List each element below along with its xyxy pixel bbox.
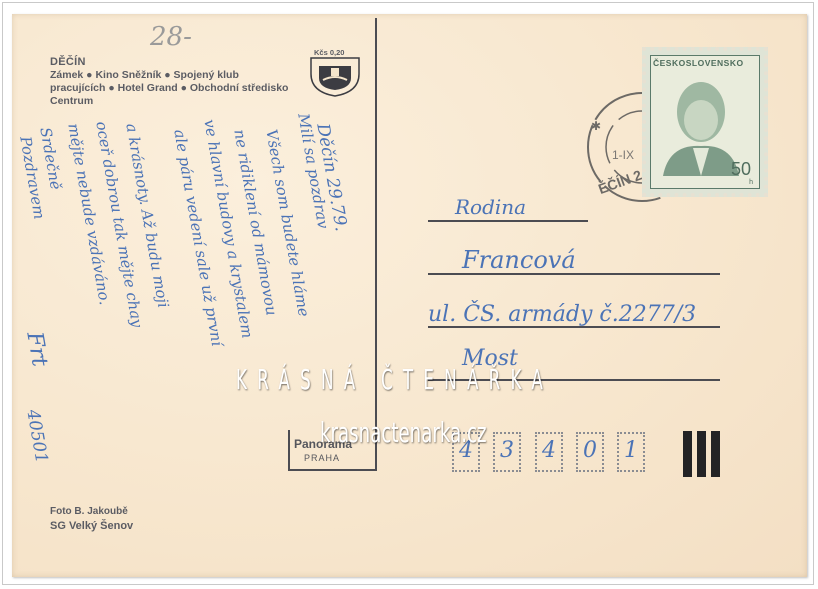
stamp-unit: h (749, 179, 753, 186)
photo-credit: Foto B. Jakoubě SG Velký Šenov (50, 505, 133, 533)
address-rule (428, 220, 588, 222)
fee-price: Kčs 0,20 (314, 48, 344, 57)
address-line: ul. ČS. armády č.2277/3 (428, 302, 696, 327)
stamp-value: 50 (731, 159, 751, 180)
postage-stamp: ČESKOSLOVENSKO 50 h (642, 47, 768, 197)
postal-code-digit: 0 (578, 438, 602, 463)
address-line: Rodina (455, 195, 526, 219)
caption-title: DĚČÍN (50, 56, 86, 68)
postal-code-box: 1 (617, 432, 645, 472)
postal-code-digit: 4 (537, 438, 561, 463)
publisher-box-left (288, 430, 290, 470)
svg-text:✱: ✱ (591, 119, 601, 133)
postmark-date: 1-IX (612, 148, 634, 162)
watermark-url: krasnactenarka.cz (320, 416, 487, 449)
publisher-box-bottom (288, 469, 377, 471)
postal-code-box: 0 (576, 432, 604, 472)
sorting-bar (683, 431, 692, 477)
postcard-divider (375, 18, 377, 470)
photo-credit-printer: SG Velký Šenov (50, 519, 133, 533)
stamp-frame: ČESKOSLOVENSKO 50 h (650, 55, 760, 189)
sorting-bars (683, 431, 723, 477)
photo-credit-author: Foto B. Jakoubě (50, 505, 133, 519)
address-line: Francová (462, 246, 576, 274)
publisher-city: PRAHA (304, 453, 340, 463)
postal-code-box: 4 (535, 432, 563, 472)
watermark-title: KRÁSNÁ ČTENÁŘKA (236, 363, 553, 396)
postal-code-digit: 1 (619, 438, 643, 463)
stamp-country: ČESKOSLOVENSKO (653, 58, 744, 68)
postal-code-box: 3 (493, 432, 521, 472)
sorting-bar (711, 431, 720, 477)
sorting-bar (697, 431, 706, 477)
postal-code-digit: 3 (495, 438, 519, 463)
caption-body: Zámek ● Kino Sněžník ● Spojený klub prac… (50, 69, 290, 108)
pencil-note: 28- (150, 22, 192, 52)
